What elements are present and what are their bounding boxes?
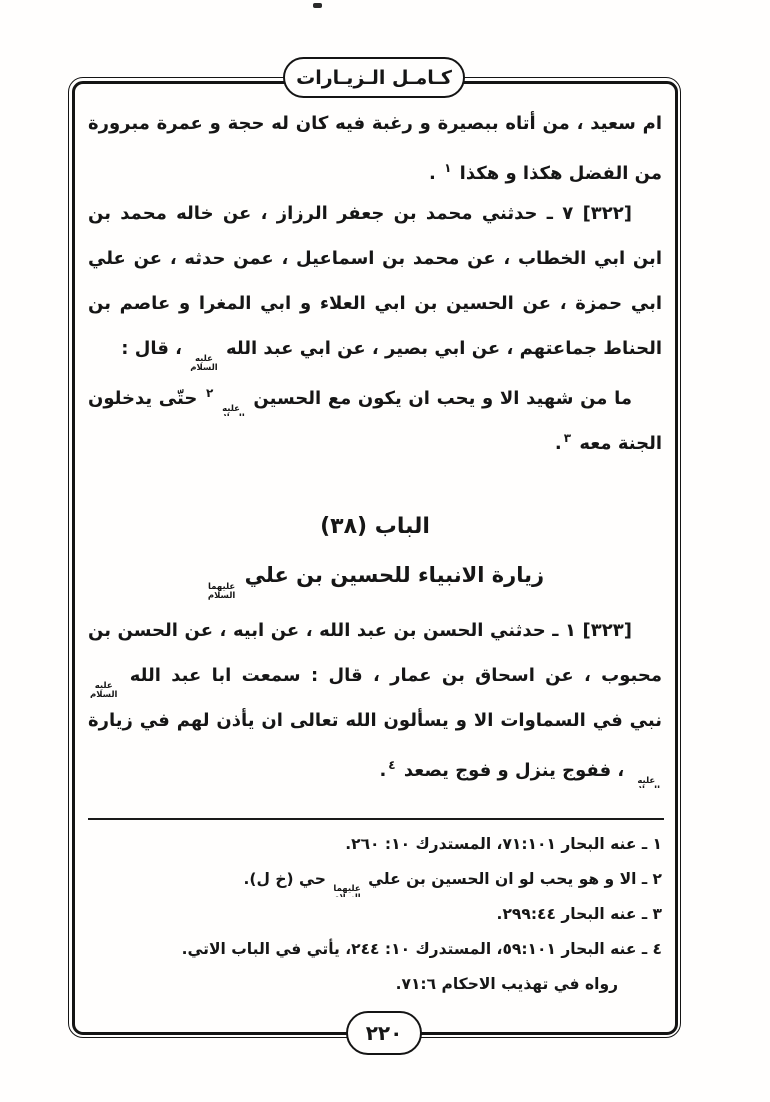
- hadith-paragraphs-bottom: [٣٢٣] ١ ـ حدثني الحسن بن عبد الله ، عن ا…: [88, 608, 662, 788]
- header-cartouche: كـامـل الـزيـارات: [283, 57, 465, 98]
- text-line: الجنة معه ٣.: [88, 416, 662, 461]
- hadith-paragraphs-top: ام سعيد ، من أتاه ببصيرة و رغبة فيه كان …: [88, 101, 662, 461]
- text-line: [٣٢٣] ١ ـ حدثني الحسن بن عبد الله ، عن ا…: [88, 608, 662, 653]
- text-line: رواه في تهذيب الاحكام ٧١:٦.: [88, 967, 662, 1002]
- scanned-book-page: كـامـل الـزيـارات ام سعيد ، من أتاه ببصي…: [0, 0, 770, 1102]
- text-line: ١ ـ عنه البحار ٧١:١٠١، المستدرك ١٠: ٢٦٠.: [88, 827, 662, 862]
- footnote-separator: [88, 818, 664, 820]
- chapter-heading: الباب (٣٨) زيارة الانبياء للحسين بن علي …: [88, 503, 662, 600]
- text-line: نبي في السماوات الا و يسألون الله تعالى …: [88, 698, 662, 743]
- salutation-ligature: عليهالسلام: [633, 777, 660, 788]
- text-line: الحناط جماعتهم ، عن ابي بصير ، عن ابي عب…: [88, 326, 662, 371]
- text-line: ابن ابي الخطاب ، عن محمد بن اسماعيل ، عم…: [88, 236, 662, 281]
- text-line: محبوب ، عن اسحاق بن عمار ، قال : سمعت اب…: [88, 653, 662, 698]
- footnote-marker: ١: [444, 161, 451, 175]
- page-number-cartouche: ٢٢٠: [346, 1011, 422, 1055]
- footnote-marker: ٣: [564, 431, 571, 445]
- footnote-marker: ٤: [388, 758, 395, 772]
- salutation-ligature: عليهالسلام: [217, 405, 244, 416]
- footnotes-block: ١ ـ عنه البحار ٧١:١٠١، المستدرك ١٠: ٢٦٠.…: [88, 827, 662, 1002]
- salutation-ligature: عليهماالسلام: [208, 583, 235, 600]
- chapter-number-line: الباب (٣٨): [88, 503, 662, 551]
- text-line: من الفضل هكذا و هكذا ١ .: [88, 146, 662, 191]
- text-line: ٣ ـ عنه البحار ٢٩٩:٤٤.: [88, 897, 662, 932]
- text-line: ام سعيد ، من أتاه ببصيرة و رغبة فيه كان …: [88, 101, 662, 146]
- text-line: ابي حمزة ، عن الحسين بن ابي العلاء و ابي…: [88, 281, 662, 326]
- footnote-marker: ٢: [206, 386, 213, 400]
- salutation-ligature: عليهالسلام: [190, 355, 217, 371]
- book-title: كـامـل الـزيـارات: [296, 67, 452, 89]
- salutation-ligature: عليهالسلام: [90, 682, 117, 698]
- text-line: [٣٢٢] ٧ ـ حدثني محمد بن جعفر الرزاز ، عن…: [88, 191, 662, 236]
- page-number: ٢٢٠: [366, 1021, 403, 1045]
- text-line: ٢ ـ الا و هو يحب لو ان الحسين بن علي علي…: [88, 862, 662, 897]
- scan-artifact: [313, 3, 322, 8]
- text-line: ٤ ـ عنه البحار ٥٩:١٠١، المستدرك ١٠: ٢٤٤،…: [88, 932, 662, 967]
- salutation-ligature: عليهماالسلام: [333, 885, 360, 897]
- chapter-title-line: زيارة الانبياء للحسين بن علي عليهماالسلا…: [88, 551, 662, 600]
- body-text: ام سعيد ، من أتاه ببصيرة و رغبة فيه كان …: [88, 101, 662, 788]
- text-line: ما من شهيد الا و يحب ان يكون مع الحسين ع…: [88, 371, 662, 416]
- text-line: عليهالسلام ، ففوج ينزل و فوج يصعد ٤.: [88, 743, 662, 788]
